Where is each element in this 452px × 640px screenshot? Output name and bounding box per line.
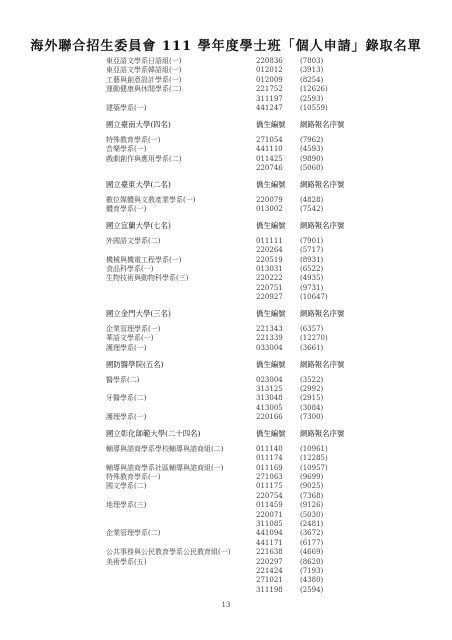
table-row: 東亞語文學系日語組(一)220836(7803) — [106, 57, 366, 66]
overseas-student-code: 441171 — [256, 539, 283, 548]
table-row: 011174(12285) — [106, 454, 366, 463]
online-registration-number: (5717) — [300, 246, 323, 255]
overseas-student-code: 220519 — [256, 256, 283, 265]
section-header: 國立臺東大學(二名)僑生編號網路報名序號 — [106, 180, 366, 189]
department-name: 生物技術與動物科學系(三) — [106, 274, 188, 283]
online-registration-number: (3084) — [300, 404, 323, 413]
overseas-student-code: 271063 — [256, 473, 283, 482]
online-registration-number: (4593) — [300, 145, 323, 154]
overseas-student-code: 023004 — [256, 376, 283, 385]
overseas-student-code: 220927 — [256, 293, 283, 302]
overseas-student-code: 013031 — [256, 265, 283, 274]
online-registration-number: (12626) — [300, 85, 328, 94]
department-name: 工藝與創意設計學系(一) — [106, 76, 181, 85]
table-row: 公共事務與公民教育學系公民教育組(一)221638(4669) — [106, 548, 366, 557]
university-name: 國立臺東大學(二名) — [106, 180, 171, 189]
overseas-student-code: 221638 — [256, 548, 283, 557]
online-registration-number: (7300) — [300, 413, 323, 422]
section-header: 國立金門大學(三名)僑生編號網路報名序號 — [106, 309, 366, 318]
column-header-rank: 網路報名序號 — [300, 360, 344, 369]
department-name: 企業管理學系(一) — [106, 325, 160, 334]
overseas-student-code: 033004 — [256, 344, 283, 353]
online-registration-number: (10647) — [300, 293, 328, 302]
university-name: 國立臺南大學(四名) — [106, 120, 171, 129]
online-registration-number: (5060) — [300, 164, 323, 173]
table-row: 音樂學系(一)441110(4593) — [106, 145, 366, 154]
online-registration-number: (7542) — [300, 205, 323, 214]
online-registration-number: (7962) — [300, 136, 323, 145]
online-registration-number: (4828) — [300, 196, 323, 205]
table-row: 220754(7368) — [106, 492, 366, 501]
university-name: 國防醫學院(五名) — [106, 360, 164, 369]
column-header-code: 僑生編號 — [256, 180, 286, 189]
department-name: 公共事務與公民教育學系公民教育組(一) — [106, 548, 230, 557]
online-registration-number: (4669) — [300, 548, 323, 557]
overseas-student-code: 012012 — [256, 66, 283, 75]
department-name: 機械與機電工程學系(一) — [106, 256, 181, 265]
university-name: 國立宜蘭大學(七名) — [106, 221, 171, 230]
column-header-rank: 網路報名序號 — [300, 309, 344, 318]
online-registration-number: (3672) — [300, 529, 323, 538]
online-registration-number: (10957) — [300, 464, 328, 473]
table-row: 護理學系(一)220166(7300) — [106, 413, 366, 422]
overseas-student-code: 011111 — [256, 237, 283, 246]
online-registration-number: (8620) — [300, 558, 323, 567]
department-name: 華語文學系(一) — [106, 334, 153, 343]
online-registration-number: (2593) — [300, 95, 323, 104]
overseas-student-code: 220222 — [256, 274, 283, 283]
overseas-student-code: 311085 — [256, 520, 283, 529]
online-registration-number: (9699) — [300, 473, 323, 482]
table-row: 220751(9731) — [106, 284, 366, 293]
table-row: 國文學系(二)011175(9025) — [106, 482, 366, 491]
overseas-student-code: 220079 — [256, 196, 283, 205]
department-name: 企業管理學系(二) — [106, 529, 160, 538]
online-registration-number: (6522) — [300, 265, 323, 274]
university-name: 國立彰化師範大學(二十四名) — [106, 429, 200, 438]
overseas-student-code: 441094 — [256, 529, 283, 538]
department-name: 運動健康與休閒學系(二) — [106, 85, 181, 94]
table-row: 311085(2481) — [106, 520, 366, 529]
department-name: 護理學系(一) — [106, 413, 146, 422]
table-row: 220927(10647) — [106, 293, 366, 302]
overseas-student-code: 271021 — [256, 576, 283, 585]
online-registration-number: (3913) — [300, 66, 323, 75]
overseas-student-code: 011174 — [256, 454, 283, 463]
department-name: 醫學系(二) — [106, 376, 139, 385]
table-row: 機械與機電工程學系(一)220519(8931) — [106, 256, 366, 265]
online-registration-number: (2481) — [300, 520, 323, 529]
overseas-student-code: 221424 — [256, 567, 283, 576]
overseas-student-code: 221339 — [256, 334, 283, 343]
online-registration-number: (3522) — [300, 376, 323, 385]
table-row: 體育學系(一)013002(7542) — [106, 205, 366, 214]
online-registration-number: (9731) — [300, 284, 323, 293]
online-registration-number: (4935) — [300, 274, 323, 283]
overseas-student-code: 313125 — [256, 385, 283, 394]
table-row: 外國語文學系(二)011111(7901) — [106, 237, 366, 246]
overseas-student-code: 313048 — [256, 394, 283, 403]
section-header: 國立彰化師範大學(二十四名)僑生編號網路報名序號 — [106, 429, 366, 438]
column-header-code: 僑生編號 — [256, 360, 286, 369]
overseas-student-code: 221343 — [256, 325, 283, 334]
online-registration-number: (8254) — [300, 76, 323, 85]
overseas-student-code: 413005 — [256, 404, 283, 413]
table-row: 441171(6177) — [106, 539, 366, 548]
table-row: 輔導與諮商學系學校輔導與諮商組(二)011140(10961) — [106, 445, 366, 454]
online-registration-number: (2594) — [300, 586, 323, 595]
department-name: 體育學系(一) — [106, 205, 146, 214]
table-row: 生物技術與動物科學系(三)220222(4935) — [106, 274, 366, 283]
table-row: 413005(3084) — [106, 404, 366, 413]
online-registration-number: (2915) — [300, 394, 323, 403]
overseas-student-code: 220297 — [256, 558, 283, 567]
table-row: 數位媒體與文教產業學系(一)220079(4828) — [106, 196, 366, 205]
department-name: 東亞語文學系韓語組(一) — [106, 66, 181, 75]
table-row: 工藝與創意設計學系(一)012009(8254) — [106, 76, 366, 85]
column-header-rank: 網路報名序號 — [300, 429, 344, 438]
column-header-code: 僑生編號 — [256, 120, 286, 129]
department-name: 音樂學系(一) — [106, 145, 146, 154]
overseas-student-code: 011459 — [256, 501, 283, 510]
department-name: 數位媒體與文教產業學系(一) — [106, 196, 195, 205]
online-registration-number: (6357) — [300, 325, 323, 334]
table-row: 東亞語文學系韓語組(一)012012(3913) — [106, 66, 366, 75]
online-registration-number: (10559) — [300, 104, 328, 113]
online-registration-number: (7803) — [300, 57, 323, 66]
overseas-student-code: 013002 — [256, 205, 283, 214]
column-header-rank: 網路報名序號 — [300, 120, 344, 129]
overseas-student-code: 311197 — [256, 95, 283, 104]
department-name: 地理學系(三) — [106, 501, 146, 510]
table-row: 護理學系(一)033004(3661) — [106, 344, 366, 353]
table-row: 220746(5060) — [106, 164, 366, 173]
section-header: 國立宜蘭大學(七名)僑生編號網路報名序號 — [106, 221, 366, 230]
overseas-student-code: 311198 — [256, 586, 283, 595]
overseas-student-code: 220071 — [256, 511, 283, 520]
overseas-student-code: 011169 — [256, 464, 283, 473]
table-row: 運動健康與休閒學系(二)221752(12626) — [106, 85, 366, 94]
department-name: 特殊教育學系(一) — [106, 136, 160, 145]
table-row: 220264(5717) — [106, 246, 366, 255]
online-registration-number: (8931) — [300, 256, 323, 265]
online-registration-number: (12270) — [300, 334, 328, 343]
overseas-student-code: 271054 — [256, 136, 283, 145]
online-registration-number: (10961) — [300, 445, 328, 454]
online-registration-number: (7193) — [300, 567, 323, 576]
table-row: 271021(4380) — [106, 576, 366, 585]
page-number: 13 — [0, 601, 452, 609]
online-registration-number: (7901) — [300, 237, 323, 246]
overseas-student-code: 012009 — [256, 76, 283, 85]
department-name: 國文學系(二) — [106, 482, 146, 491]
table-row: 311198(2594) — [106, 586, 366, 595]
overseas-student-code: 011425 — [256, 155, 283, 164]
overseas-student-code: 220264 — [256, 246, 283, 255]
table-row: 輔導與諮商學系社區輔導與諮商組(一)011169(10957) — [106, 464, 366, 473]
table-row: 221424(7193) — [106, 567, 366, 576]
online-registration-number: (7368) — [300, 492, 323, 501]
table-row: 建築學系(一)441247(10559) — [106, 104, 366, 113]
column-header-rank: 網路報名序號 — [300, 221, 344, 230]
table-row: 地理學系(三)011459(9126) — [106, 501, 366, 510]
column-header-code: 僑生編號 — [256, 309, 286, 318]
university-name: 國立金門大學(三名) — [106, 309, 171, 318]
table-row: 牙醫學系(二)313048(2915) — [106, 394, 366, 403]
department-name: 護理學系(一) — [106, 344, 146, 353]
table-row: 311197(2593) — [106, 95, 366, 104]
department-name: 輔導與諮商學系社區輔導與諮商組(一) — [106, 464, 223, 473]
table-row: 戲劇創作與應用學系(二)011425(9890) — [106, 155, 366, 164]
overseas-student-code: 221752 — [256, 85, 283, 94]
overseas-student-code: 441110 — [256, 145, 283, 154]
online-registration-number: (5030) — [300, 511, 323, 520]
overseas-student-code: 011175 — [256, 482, 283, 491]
online-registration-number: (9126) — [300, 501, 323, 510]
department-name: 東亞語文學系日語組(一) — [106, 57, 181, 66]
online-registration-number: (12285) — [300, 454, 328, 463]
section-header: 國立臺南大學(四名)僑生編號網路報名序號 — [106, 120, 366, 129]
table-row: 313125(2992) — [106, 385, 366, 394]
overseas-student-code: 220746 — [256, 164, 283, 173]
overseas-student-code: 220836 — [256, 57, 283, 66]
online-registration-number: (9890) — [300, 155, 323, 164]
table-row: 220071(5030) — [106, 511, 366, 520]
table-row: 美術學系(五)220297(8620) — [106, 558, 366, 567]
section-header: 國防醫學院(五名)僑生編號網路報名序號 — [106, 360, 366, 369]
overseas-student-code: 011140 — [256, 445, 283, 454]
column-header-rank: 網路報名序號 — [300, 180, 344, 189]
online-registration-number: (3661) — [300, 344, 323, 353]
table-row: 食品科學系(一)013031(6522) — [106, 265, 366, 274]
column-header-code: 僑生編號 — [256, 221, 286, 230]
table-row: 企業管理學系(一)221343(6357) — [106, 325, 366, 334]
overseas-student-code: 220754 — [256, 492, 283, 501]
online-registration-number: (9025) — [300, 482, 323, 491]
table-row: 特殊教育學系(一)271054(7962) — [106, 136, 366, 145]
online-registration-number: (4380) — [300, 576, 323, 585]
admission-list: 東亞語文學系日語組(一)220836(7803)東亞語文學系韓語組(一)0120… — [106, 57, 366, 595]
department-name: 建築學系(一) — [106, 104, 146, 113]
online-registration-number: (2992) — [300, 385, 323, 394]
table-row: 企業管理學系(二)441094(3672) — [106, 529, 366, 538]
department-name: 戲劇創作與應用學系(二) — [106, 155, 181, 164]
overseas-student-code: 220751 — [256, 284, 283, 293]
overseas-student-code: 441247 — [256, 104, 283, 113]
table-row: 華語文學系(一)221339(12270) — [106, 334, 366, 343]
table-row: 醫學系(二)023004(3522) — [106, 376, 366, 385]
department-name: 美術學系(五) — [106, 558, 146, 567]
document-title: 海外聯合招生委員會 111 學年度學士班「個人申請」錄取名單 — [0, 35, 452, 54]
department-name: 牙醫學系(二) — [106, 394, 146, 403]
department-name: 輔導與諮商學系學校輔導與諮商組(二) — [106, 445, 223, 454]
overseas-student-code: 220166 — [256, 413, 283, 422]
column-header-code: 僑生編號 — [256, 429, 286, 438]
online-registration-number: (6177) — [300, 539, 323, 548]
department-name: 外國語文學系(二) — [106, 237, 160, 246]
